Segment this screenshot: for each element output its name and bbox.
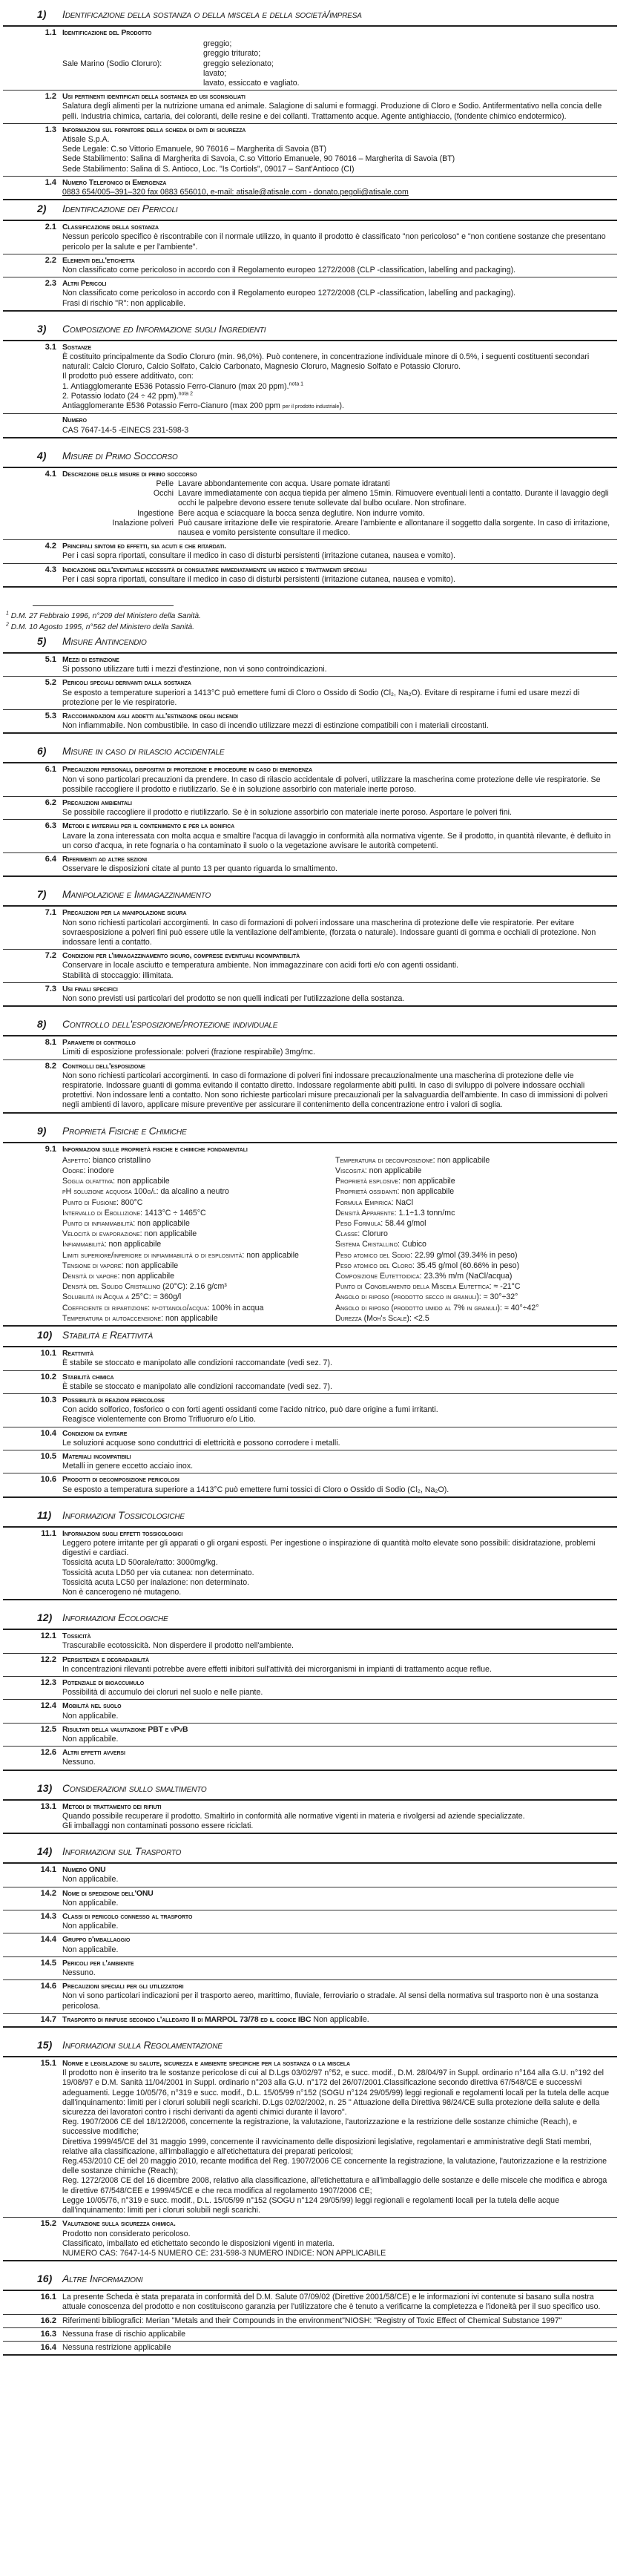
body-text: Leggero potere irritante per gli apparat… <box>62 1539 613 1558</box>
subsection-2-2: 2.2Elementi dell'etichettaNon classifica… <box>3 254 617 277</box>
subsection-3-1: 3.1 Sostanze È costituito principalmente… <box>3 341 617 413</box>
property-item: Odore: inodore <box>62 1166 329 1176</box>
property-item: Aspetto: bianco cristallino <box>62 1156 329 1166</box>
body-text: Nessuna restrizione applicabile <box>62 2343 613 2353</box>
property-name: Peso atomico del Cloro <box>335 1261 412 1270</box>
subsection-4-3: 4.3Indicazione dell'eventuale necessità … <box>3 563 617 586</box>
section-8-title: 8)Controllo dell'esposizione/protezione … <box>37 1017 617 1031</box>
subsection-16-1: 16.1La presente Scheda è stata preparata… <box>3 2291 617 2313</box>
subsection-15-2: 15.2Valutazione sulla sicurezza chimica.… <box>3 2217 617 2260</box>
property-value: da alcalino a neutro <box>160 1187 228 1196</box>
address-line: Sede Stabilimento: Salina di Margherita … <box>62 154 613 164</box>
address-line: Sede Stabilimento: Salina di S. Antioco,… <box>62 165 613 174</box>
body-text: Riferimenti bibliografici: Merian "Metal… <box>62 2316 613 2326</box>
body-text: Limiti di esposizione professionale: pol… <box>62 1048 613 1057</box>
property-item: Peso atomico del Sodio: 22.99 g/mol (39.… <box>335 1251 613 1261</box>
property-item: Densità del Solido Cristallino (20°C): 2… <box>62 1282 329 1292</box>
body-text: In concentrazioni rilevanti potrebbe ave… <box>62 1665 613 1675</box>
body-text: Direttiva 1999/45/CE del 31 maggio 1999,… <box>62 2138 613 2157</box>
property-item: Peso atomico del Cloro: 35.45 g/mol (60.… <box>335 1261 613 1271</box>
property-item: Infiammabilità: non applicabile <box>62 1240 329 1249</box>
property-item: Temperatura di decomposizione: non appli… <box>335 1156 613 1166</box>
product-grade: lavato, essiccato e vagliato. <box>203 79 300 88</box>
property-name: Intervallo di Ebollizione <box>62 1209 140 1218</box>
section-14: 14.1Numero ONUNon applicabile.14.2Nome d… <box>3 1862 617 2028</box>
properties-table: Aspetto: bianco cristallinoTemperatura d… <box>62 1156 613 1324</box>
subsection-12-1: 12.1TossicitàTrascurabile ecotossicità. … <box>3 1630 617 1652</box>
property-value: 2.16 g/cm³ <box>190 1282 227 1291</box>
body-text: Non applicabile. <box>62 1899 613 1908</box>
property-name: Punto di Fusione <box>62 1198 116 1207</box>
property-name: Soglia olfattiva <box>62 1177 113 1186</box>
subsection-6-1: 6.1Precauzioni personali, dispositivi di… <box>3 763 617 796</box>
subsection-14-4: 14.4Gruppo d'imballaggioNon applicabile. <box>3 1933 617 1956</box>
section-3: 3.1 Sostanze È costituito principalmente… <box>3 340 617 438</box>
property-name: Durezza (Moh's Scale) <box>335 1314 409 1323</box>
subsection-10-1: 10.1ReattivitàÈ stabile se stoccato e ma… <box>3 1347 617 1370</box>
first-aid-instruction: Lavare abbondantemente con acqua. Usare … <box>178 479 613 489</box>
section-8: 8.1Parametri di controlloLimiti di espos… <box>3 1035 617 1113</box>
section-5: 5.1Mezzi di estinzioneSi possono utilizz… <box>3 652 617 734</box>
property-item: Temperatura di autoaccensione: non appli… <box>62 1314 329 1324</box>
body-text: Non sono previsti usi particolari del pr… <box>62 994 613 1004</box>
property-value: 1.1÷1.3 tonn/mc <box>398 1209 455 1218</box>
body-text: È stabile se stoccato e manipolato alle … <box>62 1382 613 1392</box>
property-item: Limiti superiore/inferiore di infiammabi… <box>62 1251 329 1261</box>
property-name: Limiti superiore/inferiore di infiammabi… <box>62 1251 242 1260</box>
subsection-4-1: 4.1 Descrizione delle misure di primo so… <box>3 468 617 539</box>
email-link[interactable]: donato.pegoli@atisale.com <box>314 188 409 197</box>
subsection-7-1: 7.1Precauzioni per la manipolazione sicu… <box>3 907 617 949</box>
body-text: Reagisce violentemente con Bromo Trifluo… <box>62 1415 613 1425</box>
body-text: Reg. 1272/2008 CE del 16 dicembre 2008, … <box>62 2176 613 2195</box>
subsection-3-number: NumeroCAS 7647-14-5 -EINECS 231-598-3 <box>3 413 617 436</box>
body-text: Per i casi sopra riportati, consultare i… <box>62 551 613 561</box>
subsection-4-2: 4.2Principali sintomi ed effetti, sia ac… <box>3 539 617 562</box>
body-text: Metalli in genere eccetto acciaio inox. <box>62 1462 613 1471</box>
subsection-1-3: 1.3 Informazioni sul fornitore della sch… <box>3 123 617 176</box>
property-item: Peso Formula: 58.44 g/mol <box>335 1219 613 1229</box>
property-value: ≈ 30°÷32° <box>484 1292 518 1301</box>
subsection-10-2: 10.2Stabilità chimicaÈ stabile se stocca… <box>3 1370 617 1393</box>
subsection-12-6: 12.6Altri effetti avversiNessuno. <box>3 1746 617 1769</box>
body-text: È stabile se stoccato e manipolato alle … <box>62 1358 613 1368</box>
section-6-title: 6)Misure in caso di rilascio accidentale <box>37 744 617 758</box>
subsection-1-4: 1.4 Numero Telefonico di Emergenza 0883 … <box>3 176 617 199</box>
emergency-phone: 0883 654/005–391–320 fax 0883 656010, e-… <box>62 188 236 197</box>
body-text: Se esposto a temperature superiori a 141… <box>62 689 613 708</box>
property-name: Sistema Cristallino <box>335 1240 398 1249</box>
property-value: non applicabile <box>122 1272 174 1281</box>
body-text: Gli imballaggi non contaminati possono e… <box>62 1821 613 1831</box>
subsection-14-5: 14.5Pericoli per l'ambienteNessuno. <box>3 1956 617 1979</box>
footnote: 1 D.M. 27 Febbraio 1996, n°209 del Minis… <box>6 611 617 622</box>
section-3-title: 3)Composizione ed Informazione sugli Ing… <box>37 322 617 335</box>
subsection-11-1: 11.1Informazioni sugli effetti tossicolo… <box>3 1528 617 1599</box>
property-item: Proprietà esplosive: non applicabile <box>335 1177 613 1186</box>
section-1: 1.1 Identificazione del Prodotto Sale Ma… <box>3 25 617 200</box>
property-name: Tensione di vapore <box>62 1261 122 1270</box>
subsection-12-5: 12.5Risultati della valutazione PBT e vP… <box>3 1723 617 1746</box>
property-value: Cloruro <box>362 1229 388 1238</box>
body-text: Nessuno. <box>62 1968 613 1978</box>
section-4: 4.1 Descrizione delle misure di primo so… <box>3 467 617 588</box>
subsection-5-1: 5.1Mezzi di estinzioneSi possono utilizz… <box>3 654 617 676</box>
property-item: Angolo di riposo (prodotto umido al 7% i… <box>335 1304 613 1313</box>
body-text: Se possibile raccogliere il prodotto e r… <box>62 808 613 818</box>
first-aid-instruction: Bere acqua e sciacquare la bocca senza d… <box>178 509 613 519</box>
body-text: Non infiammabile. Non combustibile. In c… <box>62 721 613 731</box>
property-value: non applicabile <box>403 1177 455 1186</box>
body-text: Classificato, imballato ed etichettato s… <box>62 2239 613 2249</box>
body-text: Non applicabile. <box>62 1922 613 1931</box>
property-name: Peso Formula <box>335 1219 380 1228</box>
property-value: non applicabile <box>145 1229 197 1238</box>
subsection-12-2: 12.2Persistenza e degradabilitàIn concen… <box>3 1653 617 1676</box>
property-item: pH soluzione acquosa 100g/l: da alcalino… <box>62 1187 329 1197</box>
section-11: 11.1Informazioni sugli effetti tossicolo… <box>3 1526 617 1600</box>
body-text: Se esposto a temperatura superiore a 141… <box>62 1485 613 1495</box>
property-item: Proprietà ossidanti: non applicabile <box>335 1187 613 1197</box>
property-name: Classe <box>335 1229 358 1238</box>
subsection-12-4: 12.4Mobilità nel suoloNon applicabile. <box>3 1699 617 1722</box>
cas-number: CAS 7647-14-5 -EINECS 231-598-3 <box>62 426 613 436</box>
property-item: Soglia olfattiva: non applicabile <box>62 1177 329 1186</box>
property-item: Classe: Cloruro <box>335 1229 613 1239</box>
property-value: 22.99 g/mol (39.34% in peso) <box>415 1251 517 1260</box>
subsection-16-4: 16.4Nessuna restrizione applicabile <box>3 2341 617 2354</box>
subsection-16-2: 16.2Riferimenti bibliografici: Merian "M… <box>3 2314 617 2327</box>
subsection-7-3: 7.3Usi finali specificiNon sono previsti… <box>3 982 617 1005</box>
subsection-1-1: 1.1 Identificazione del Prodotto Sale Ma… <box>3 27 617 90</box>
property-name: Viscosità <box>335 1166 365 1175</box>
subsection-6-4: 6.4Riferimenti ad altre sezioniOsservare… <box>3 852 617 875</box>
body-text: Tossicità acuta LC50 per inalazione: non… <box>62 1578 613 1588</box>
section-16: 16.1La presente Scheda è stata preparata… <box>3 2290 617 2356</box>
product-grade: greggio triturato; <box>203 49 300 59</box>
subsection-5-2: 5.2Pericoli speciali derivanti dalla sos… <box>3 676 617 709</box>
section-9: 9.1 Informazioni sulle proprietà fisiche… <box>3 1142 617 1327</box>
property-value: ≈ 40°÷42° <box>504 1304 539 1312</box>
property-value: 58.44 g/mol <box>385 1219 426 1228</box>
property-value: inodore <box>88 1166 113 1175</box>
body-text: Non sono richiesti particolari accorgime… <box>62 919 613 948</box>
property-item: Sistema Cristallino: Cubico <box>335 1240 613 1249</box>
property-name: Angolo di riposo (prodotto umido al 7% i… <box>335 1304 500 1312</box>
property-value: bianco cristallino <box>93 1156 151 1165</box>
property-name: Composizione Eutettoidica <box>335 1272 420 1281</box>
property-item: Solubilità in Acqua a 25°C: ≈ 360g/l <box>62 1292 329 1302</box>
subsection-10-6: 10.6Prodotti di decomposizione pericolos… <box>3 1473 617 1496</box>
property-name: Aspetto <box>62 1156 88 1165</box>
section-7-title: 7)Manipolazione e Immagazzinamento <box>37 887 617 901</box>
body-text: Reg. 1907/2006 CE del 18/12/2006, concer… <box>62 2117 613 2137</box>
property-value: non applicabile <box>246 1251 299 1260</box>
property-item: Punto di infiammabilità: non applicabile <box>62 1219 329 1229</box>
property-name: Proprietà ossidanti <box>335 1187 398 1196</box>
subsection-14-6: 14.6Precauzioni speciali per gli utilizz… <box>3 1979 617 2013</box>
body-text: Non applicabile. <box>62 1735 613 1744</box>
property-item: Densità di vapore: non applicabile <box>62 1272 329 1281</box>
property-name: Peso atomico del Sodio <box>335 1251 410 1260</box>
property-value: non applicabile <box>369 1166 422 1175</box>
body-text: Legge 10/05/76, n°319 e succ. modif., D.… <box>62 2196 613 2215</box>
subsection-8-1: 8.1Parametri di controlloLimiti di espos… <box>3 1036 617 1059</box>
subsection-8-2: 8.2Controlli dell'esposizioneNon sono ri… <box>3 1059 617 1112</box>
first-aid-label: Inalazione polveri <box>62 519 174 538</box>
safety-data-sheet: 1)Identificazione della sostanza o della… <box>0 0 626 2400</box>
property-name: Punto di Congelamento della Miscela Eute… <box>335 1282 490 1291</box>
property-item: Coefficiente di ripartizione: n-ottanolo… <box>62 1304 329 1313</box>
body-text: La presente Scheda è stata preparata in … <box>62 2293 613 2312</box>
property-item: Viscosità: non applicabile <box>335 1166 613 1176</box>
product-grade: greggio selezionato; <box>203 59 300 69</box>
body-text: Frasi di rischio "R": non applicabile. <box>62 299 613 309</box>
property-item: Durezza (Moh's Scale): <2.5 <box>335 1314 613 1324</box>
subsection-2-3: 2.3Altri PericoliNon classificato come p… <box>3 277 617 310</box>
subsection-9-1: 9.1 Informazioni sulle proprietà fisiche… <box>3 1143 617 1325</box>
section-5-title: 5)Misure Antincendio <box>37 634 617 648</box>
additive-item: Antiagglomerante E536 Potassio Ferro-Cia… <box>62 401 613 412</box>
subsection-15-1: 15.1Norme e legislazione su salute, sicu… <box>3 2057 617 2217</box>
property-item: Tensione di vapore: non applicabile <box>62 1261 329 1271</box>
body-text: Tossicità acuta LD 50orale/ratto: 3000mg… <box>62 1558 613 1568</box>
body-text: Il prodotto non è inserito tra le sostan… <box>62 2069 613 2117</box>
property-name: Infiammabilità <box>62 1240 105 1249</box>
subsection-14-1: 14.1Numero ONUNon applicabile. <box>3 1864 617 1886</box>
body-text: NUMERO CAS: 7647-14-5 NUMERO CE: 231-598… <box>62 2249 613 2258</box>
body-text: Non classificato come pericoloso in acco… <box>62 289 613 298</box>
section-9-title: 9)Proprietà Fisiche e Chimiche <box>37 1124 617 1137</box>
section-10-title: 10)Stabilità e Reattività <box>37 1328 617 1341</box>
property-value: non applicabile <box>165 1314 218 1323</box>
first-aid-instruction: Può causare irritazione delle vie respir… <box>178 519 613 538</box>
property-value: NaCl <box>396 1198 414 1207</box>
subsection-6-2: 6.2Precauzioni ambientaliSe possibile ra… <box>3 796 617 819</box>
subsection-13-1: 13.1Metodi di trattamento dei rifiutiQua… <box>3 1801 617 1833</box>
property-value: non applicabile <box>109 1240 162 1249</box>
property-name: Densità di vapore <box>62 1272 117 1281</box>
first-aid-label: Ingestione <box>62 509 174 519</box>
body-text: Conservare in locale asciutto e temperat… <box>62 961 613 970</box>
section-6: 6.1Precauzioni personali, dispositivi di… <box>3 762 617 877</box>
body-text: Nessuna frase di rischio applicabile <box>62 2330 613 2339</box>
subsection-12-3: 12.3Potenziale di bioaccumuloPossibilità… <box>3 1676 617 1699</box>
property-name: Formula Empirica <box>335 1198 392 1207</box>
property-name: Densità Apparente <box>335 1209 395 1218</box>
section-2: 2.1Classificazione della sostanzaNessun … <box>3 220 617 312</box>
address-line: Sede Legale: C.so Vittorio Emanuele, 90 … <box>62 145 613 154</box>
first-aid-label: Occhi <box>62 489 174 508</box>
body-text: Le soluzioni acquose sono conduttrici di… <box>62 1439 613 1448</box>
subsection-7-2: 7.2Condizioni per l'immagazzinamento sic… <box>3 949 617 982</box>
email-link[interactable]: atisale@atisale.com <box>236 188 306 197</box>
subsection-5-3: 5.3Raccomandazioni agli addetti all'esti… <box>3 709 617 732</box>
property-value: 800°C <box>121 1198 143 1207</box>
subsection-14-3: 14.3Classi di pericolo connesso al trasp… <box>3 1910 617 1933</box>
property-name: Coefficiente di ripartizione: n-ottanolo… <box>62 1304 207 1312</box>
property-value: 35.45 g/mol (60.66% in peso) <box>417 1261 519 1270</box>
footnote: 2 D.M. 10 Agosto 1995, n°562 del Ministe… <box>6 622 617 633</box>
body-text: Si possono utilizzare tutti i mezzi d'es… <box>62 665 613 674</box>
additive-item: 1. Antiagglomerante E536 Potassio Ferro-… <box>62 382 613 392</box>
first-aid-instruction: Lavare immediatamente con acqua tiepida … <box>178 489 613 508</box>
body-text: Con acido solforico, fosforico o con for… <box>62 1405 613 1415</box>
property-item: Punto di Congelamento della Miscela Eute… <box>335 1282 613 1292</box>
section-4-title: 4)Misure di Primo Soccorso <box>37 449 617 462</box>
body-text: Reg.453/2010 CE del 20 maggio 2010, reca… <box>62 2157 613 2176</box>
body-text: Non vi sono particolari indicazioni per … <box>62 1991 613 2011</box>
additive-item: 2. Potassio Iodato (24 ÷ 42 ppm).nota 2 <box>62 392 613 401</box>
section-2-title: 2)Identificazione dei Pericoli <box>37 202 617 215</box>
property-name: Proprietà esplosive <box>335 1177 398 1186</box>
body-text: Non applicabile. <box>62 1875 613 1885</box>
property-name: Temperatura di decomposizione <box>335 1156 433 1165</box>
section-12: 12.1TossicitàTrascurabile ecotossicità. … <box>3 1629 617 1770</box>
property-item: Angolo di riposo (prodotto secco in gran… <box>335 1292 613 1302</box>
property-name: Temperatura di autoaccensione <box>62 1314 161 1323</box>
body-text: Osservare le disposizioni citate al punt… <box>62 864 613 874</box>
property-name: Densità del Solido Cristallino (20°C) <box>62 1282 185 1291</box>
subsection-16-3: 16.3Nessuna frase di rischio applicabile <box>3 2327 617 2341</box>
property-name: Angolo di riposo (prodotto secco in gran… <box>335 1292 479 1301</box>
body-text: Possibilità di accumulo dei cloruri nel … <box>62 1688 613 1698</box>
first-aid-label: Pelle <box>62 479 174 489</box>
property-item: Punto di Fusione: 800°C <box>62 1198 329 1208</box>
subsection-6-3: 6.3Metodi e materiali per il conteniment… <box>3 819 617 852</box>
body-text: Lavare la zona interessata con molta acq… <box>62 832 613 851</box>
body-text: Prodotto non considerato pericoloso. <box>62 2230 613 2239</box>
property-value: 23.3% m/m (NaCl/acqua) <box>424 1272 512 1281</box>
section-16-title: 16)Altre Informazioni <box>37 2272 617 2285</box>
footnote-divider <box>33 605 174 606</box>
body-text: Non è cancerogeno né mutageno. <box>62 1588 613 1597</box>
body-text: Stabilità di stoccaggio: illimitata. <box>62 971 613 981</box>
property-name: Odore <box>62 1166 83 1175</box>
property-value: <2.5 <box>414 1314 429 1323</box>
body-text: Non classificato come pericoloso in acco… <box>62 266 613 275</box>
body-text: Non applicabile. <box>62 1945 613 1955</box>
property-value: non applicabile <box>401 1187 454 1196</box>
body-text: Non sono richiesti particolari accorgime… <box>62 1071 613 1111</box>
section-12-title: 12)Informazioni Ecologiche <box>37 1611 617 1624</box>
property-item: Densità Apparente: 1.1÷1.3 tonn/mc <box>335 1209 613 1218</box>
property-value: Cubico <box>402 1240 426 1249</box>
section-13-title: 13)Considerazioni sullo smaltimento <box>37 1781 617 1795</box>
product-grade: greggio; <box>203 39 300 49</box>
subsection-1-2: 1.2 Usi pertinenti identificati della so… <box>3 90 617 123</box>
footnotes: 1 D.M. 27 Febbraio 1996, n°209 del Minis… <box>6 611 617 633</box>
section-13: 13.1Metodi di trattamento dei rifiutiQua… <box>3 1799 617 1835</box>
section-14-title: 14)Informazioni sul Trasporto <box>37 1844 617 1858</box>
property-value: non applicabile <box>137 1219 190 1228</box>
property-name: Velocità di evaporazione <box>62 1229 140 1238</box>
subsection-14-7: 14.7Trasporto di rinfuse secondo l'alleg… <box>3 2013 617 2026</box>
property-item: Velocità di evaporazione: non applicabil… <box>62 1229 329 1239</box>
property-value: ≈ 360g/l <box>154 1292 182 1301</box>
section-1-title: 1)Identificazione della sostanza o della… <box>37 7 617 21</box>
subsection-10-4: 10.4Condizioni da evitareLe soluzioni ac… <box>3 1427 617 1450</box>
subsection-2-1: 2.1Classificazione della sostanzaNessun … <box>3 221 617 254</box>
product-grade: lavato; <box>203 69 300 79</box>
subsection-14-2: 14.2Nome di spedizione dell'ONUNon appli… <box>3 1887 617 1910</box>
section-10: 10.1ReattivitàÈ stabile se stoccato e ma… <box>3 1346 617 1498</box>
property-name: pH soluzione acquosa 100g/l <box>62 1187 156 1196</box>
property-value: non applicabile <box>125 1261 178 1270</box>
property-value: non applicabile <box>117 1177 170 1186</box>
property-name: Punto di infiammabilità <box>62 1219 133 1228</box>
body-text: Non vi sono particolari precauzioni da p… <box>62 775 613 795</box>
property-item: Composizione Eutettoidica: 23.3% m/m (Na… <box>335 1272 613 1281</box>
body-text: Tossicità acuta LD50 per via cutanea: no… <box>62 1568 613 1578</box>
body-text: Quando possibile recuperare il prodotto.… <box>62 1812 613 1821</box>
property-value: non applicabile <box>438 1156 490 1165</box>
subsection-10-3: 10.3Possibilità di reazioni pericoloseCo… <box>3 1393 617 1427</box>
property-name: Solubilità in Acqua a 25°C <box>62 1292 149 1301</box>
company-name: Atisale S.p.A. <box>62 135 613 145</box>
property-item: Formula Empirica: NaCl <box>335 1198 613 1208</box>
product-name: Sale Marino (Sodio Cloruro): <box>62 59 203 69</box>
section-15-title: 15)Informazioni sulla Regolamentazione <box>37 2038 617 2051</box>
body-text: Nessun pericolo specifico è riscontrabil… <box>62 232 613 252</box>
body-text: Nessuno. <box>62 1758 613 1767</box>
section-7: 7.1Precauzioni per la manipolazione sicu… <box>3 905 617 1007</box>
property-item: Intervallo di Ebollizione: 1413°C ÷ 1465… <box>62 1209 329 1218</box>
property-value: 100% in acqua <box>211 1304 263 1312</box>
body-text: Trascurabile ecotossicità. Non disperder… <box>62 1641 613 1651</box>
subsection-10-5: 10.5Materiali incompatibiliMetalli in ge… <box>3 1450 617 1473</box>
body-text: Non applicabile. <box>62 1712 613 1721</box>
property-value: ≈ -21°C <box>494 1282 521 1291</box>
section-15: 15.1Norme e legislazione su salute, sicu… <box>3 2056 617 2261</box>
body-text: Per i casi sopra riportati, consultare i… <box>62 575 613 585</box>
section-11-title: 11)Informazioni Tossicologiche <box>37 1508 617 1522</box>
property-value: 1413°C ÷ 1465°C <box>145 1209 206 1218</box>
